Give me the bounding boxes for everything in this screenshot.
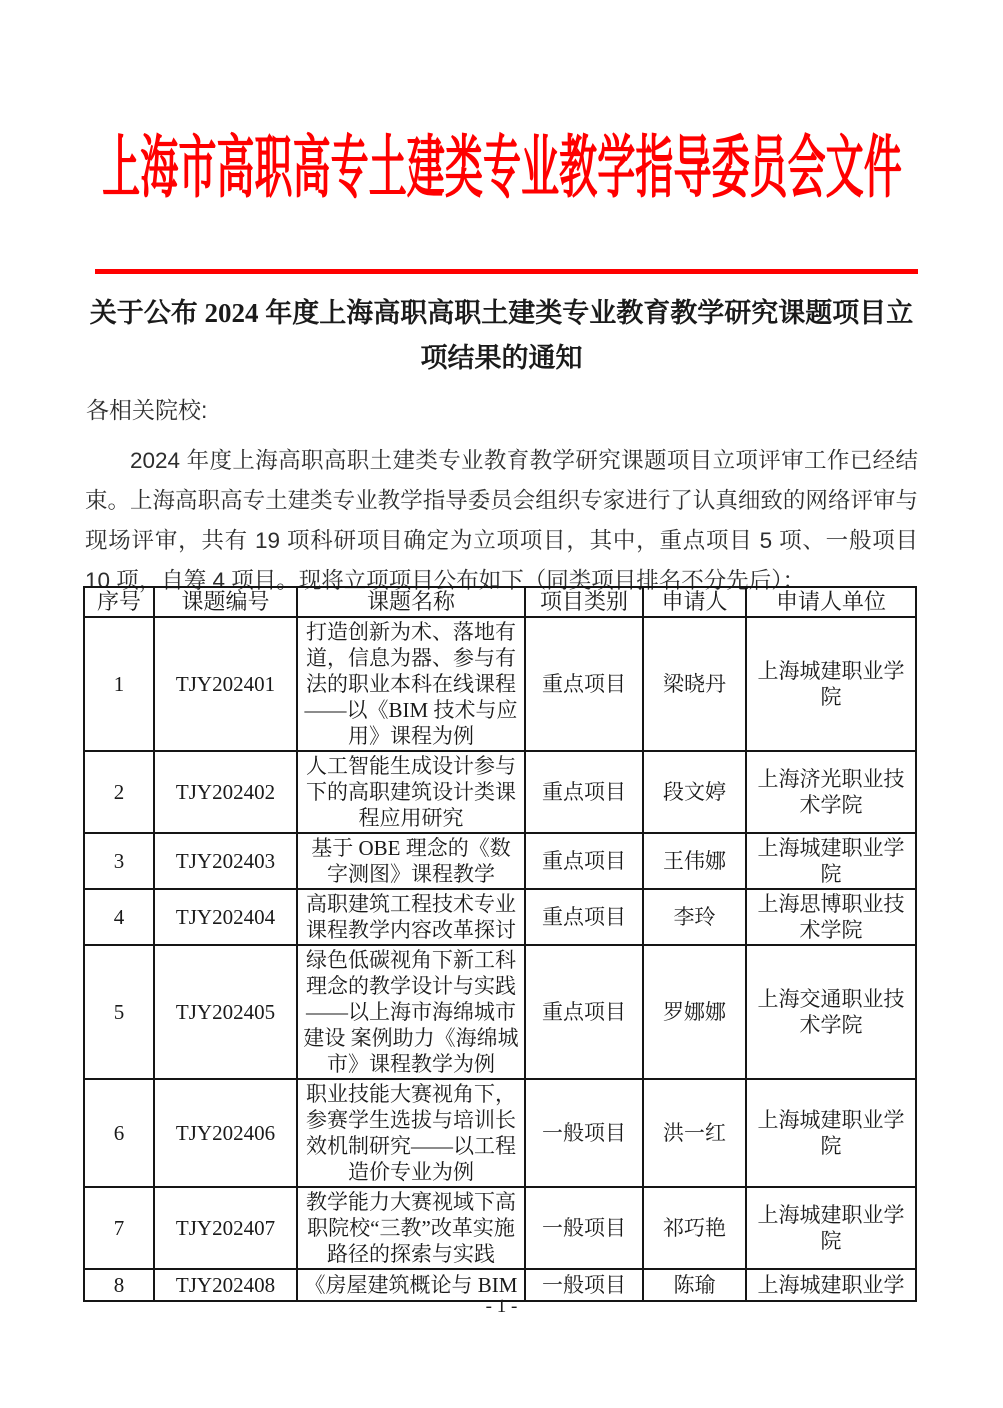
cell-code: TJY202401: [154, 617, 297, 751]
col-header-index: 序号: [84, 587, 154, 617]
table-header-row: 序号 课题编号 课题名称 项目类别 申请人 申请人单位: [84, 587, 916, 617]
cell-unit: 上海城建职业学院: [746, 617, 916, 751]
cell-code: TJY202405: [154, 945, 297, 1079]
cell-name: 职业技能大赛视角下，参赛学生选拔与培训长效机制研究——以工程造价专业为例: [297, 1079, 525, 1187]
cell-category: 一般项目: [525, 1079, 643, 1187]
cell-category: 一般项目: [525, 1187, 643, 1269]
table-row: 6 TJY202406 职业技能大赛视角下，参赛学生选拔与培训长效机制研究——以…: [84, 1079, 916, 1187]
cell-category: 重点项目: [525, 945, 643, 1079]
col-header-unit: 申请人单位: [746, 587, 916, 617]
document-page: 上海市高职高专土建类专业教学指导委员会文件 关于公布 2024 年度上海高职高职…: [0, 0, 1003, 1408]
cell-unit: 上海交通职业技术学院: [746, 945, 916, 1079]
cell-applicant: 段文婷: [643, 751, 746, 833]
col-header-category: 项目类别: [525, 587, 643, 617]
col-header-applicant: 申请人: [643, 587, 746, 617]
cell-index: 6: [84, 1079, 154, 1187]
cell-name: 绿色低碳视角下新工科理念的教学设计与实践——以上海市海绵城市建设 案例助力《海绵…: [297, 945, 525, 1079]
cell-applicant: 李玲: [643, 889, 746, 945]
cell-name: 打造创新为术、落地有道，信息为器、参与有法的职业本科在线课程——以《BIM 技术…: [297, 617, 525, 751]
cell-code: TJY202402: [154, 751, 297, 833]
cell-unit: 上海城建职业学院: [746, 833, 916, 889]
cell-index: 4: [84, 889, 154, 945]
cell-index: 1: [84, 617, 154, 751]
cell-index: 5: [84, 945, 154, 1079]
table-row: 5 TJY202405 绿色低碳视角下新工科理念的教学设计与实践——以上海市海绵…: [84, 945, 916, 1079]
cell-unit: 上海城建职业学院: [746, 1187, 916, 1269]
cell-unit: 上海思博职业技术学院: [746, 889, 916, 945]
cell-name: 教学能力大赛视域下高职院校“三教”改革实施路径的探索与实践: [297, 1187, 525, 1269]
cell-applicant: 梁晓丹: [643, 617, 746, 751]
cell-name: 基于 OBE 理念的《数字测图》课程教学: [297, 833, 525, 889]
letterhead: 上海市高职高专土建类专业教学指导委员会文件: [0, 118, 1003, 218]
projects-table: 序号 课题编号 课题名称 项目类别 申请人 申请人单位 1 TJY202401 …: [83, 586, 917, 1302]
table-row: 3 TJY202403 基于 OBE 理念的《数字测图》课程教学 重点项目 王伟…: [84, 833, 916, 889]
cell-index: 2: [84, 751, 154, 833]
cell-applicant: 王伟娜: [643, 833, 746, 889]
cell-code: TJY202406: [154, 1079, 297, 1187]
salutation: 各相关院校:: [86, 395, 207, 425]
cell-applicant: 祁巧艳: [643, 1187, 746, 1269]
page-number: - 1 -: [0, 1296, 1003, 1318]
notice-title: 关于公布 2024 年度上海高职高职土建类专业教育教学研究课题项目立项结果的通知: [88, 291, 915, 381]
cell-code: TJY202404: [154, 889, 297, 945]
cell-name: 高职建筑工程技术专业课程教学内容改革探讨: [297, 889, 525, 945]
cell-name: 人工智能生成设计参与下的高职建筑设计类课程应用研究: [297, 751, 525, 833]
cell-unit: 上海城建职业学院: [746, 1079, 916, 1187]
cell-code: TJY202407: [154, 1187, 297, 1269]
cell-category: 重点项目: [525, 751, 643, 833]
col-header-code: 课题编号: [154, 587, 297, 617]
cell-index: 3: [84, 833, 154, 889]
col-header-name: 课题名称: [297, 587, 525, 617]
body-paragraph: 2024 年度上海高职高职土建类专业教育教学研究课题项目立项评审工作已经结束。上…: [85, 441, 918, 601]
letterhead-title: 上海市高职高专土建类专业教学指导委员会文件: [102, 118, 902, 218]
cell-applicant: 罗娜娜: [643, 945, 746, 1079]
cell-category: 重点项目: [525, 833, 643, 889]
cell-unit: 上海济光职业技术学院: [746, 751, 916, 833]
cell-code: TJY202403: [154, 833, 297, 889]
table-row: 7 TJY202407 教学能力大赛视域下高职院校“三教”改革实施路径的探索与实…: [84, 1187, 916, 1269]
red-divider-line: [95, 269, 918, 274]
cell-index: 7: [84, 1187, 154, 1269]
cell-category: 重点项目: [525, 889, 643, 945]
table-row: 1 TJY202401 打造创新为术、落地有道，信息为器、参与有法的职业本科在线…: [84, 617, 916, 751]
cell-category: 重点项目: [525, 617, 643, 751]
table-row: 4 TJY202404 高职建筑工程技术专业课程教学内容改革探讨 重点项目 李玲…: [84, 889, 916, 945]
table-row: 2 TJY202402 人工智能生成设计参与下的高职建筑设计类课程应用研究 重点…: [84, 751, 916, 833]
cell-applicant: 洪一红: [643, 1079, 746, 1187]
